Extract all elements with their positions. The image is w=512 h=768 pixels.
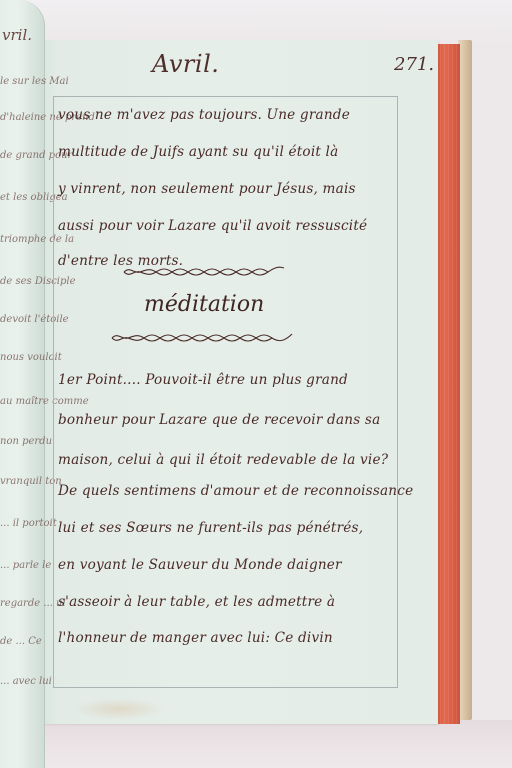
flourish-ornament-top [120,264,290,278]
left-page-line: le sur les Mai [0,76,69,87]
page-edge-texture [436,44,460,724]
left-page-line: de ... Ce [0,636,42,647]
text-line: multitude de Juifs ayant su qu'il étoit … [58,144,398,160]
page-number: 271. [394,54,434,75]
text-line: 1er Point.... Pouvoit-il être un plus gr… [58,372,398,388]
foxing-stain [74,698,164,720]
left-page-line: ... parle le [0,560,51,571]
red-page-edges [436,44,460,724]
text-line: l'honneur de manger avec lui: Ce divin [58,630,398,646]
text-line: De quels sentimens d'amour et de reconno… [58,483,398,499]
text-line: en voyant le Sauveur du Monde daigner [58,557,398,573]
text-line: maison, celui à qui il étoit redevable d… [58,452,398,468]
text-line: vous ne m'avez pas toujours. Une grande [58,107,398,123]
section-heading-meditation: méditation [144,292,264,317]
text-line: lui et ses Sœurs ne furent-ils pas pénét… [58,520,398,536]
left-page-curl: vril. le sur les Mai d'haleine ne prend … [0,0,45,768]
background-bottom [0,720,512,768]
flourish-ornament-bottom [108,330,298,344]
left-page-line: ... il portoit [0,518,57,529]
text-line: bonheur pour Lazare que de recevoir dans… [58,412,398,428]
left-page-header: vril. [2,26,32,44]
text-line: y vinrent, non seulement pour Jésus, mai… [58,181,398,197]
page-header-month: Avril. [152,50,219,78]
text-line: aussi pour voir Lazare qu'il avoit ressu… [58,218,398,234]
left-page-line: non perdu [0,436,52,447]
book-cover-edge [458,40,472,720]
left-page-line: ... avec lui [0,676,52,687]
text-line: s'asseoir à leur table, et les admettre … [58,594,398,610]
